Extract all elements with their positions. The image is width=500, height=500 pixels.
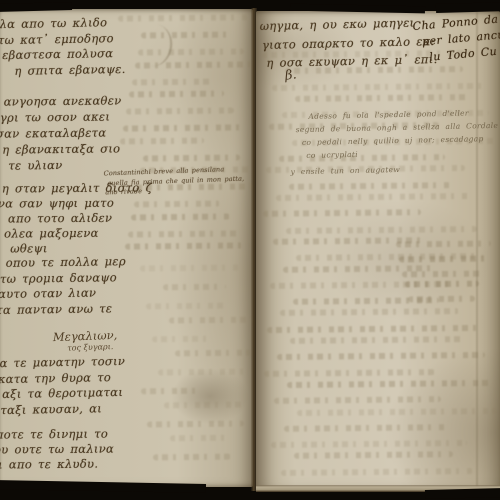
ink-showthrough-row: [294, 452, 453, 460]
greek-text-block-2: ανγοησα ανεκαθενγρι τω οσον ακεισαν εκατ…: [0, 92, 122, 173]
ink-showthrough-row: [287, 380, 491, 388]
faded-italian-note: Adesso fu ola l'spedale pond d'ellersegu…: [295, 106, 499, 178]
ink-showthrough-row: [143, 154, 240, 161]
ink-showthrough-row: [290, 336, 465, 344]
ink-showthrough-row: [267, 325, 479, 333]
greek-text-block-5: α τε μανατην τοσινκατα την θυρα τοαξι τα…: [0, 354, 126, 418]
left-page: λα απο τω κλιδοτω κατ᾽ εμποδησοεβαστεσα …: [0, 9, 253, 487]
manuscript-line: ολεα μαξομενα: [4, 225, 152, 241]
ink-showthrough-row: [264, 369, 435, 377]
greek-text-block-3: η σταν μεγαλιτ διστο ζνα σαν ψηφι ματοαπ…: [0, 180, 153, 256]
manuscript-line: να σαν ψηφι ματο: [0, 195, 152, 211]
ink-showthrough-row: [405, 281, 479, 288]
ink-showthrough-row: [163, 284, 226, 291]
manuscript-line: η σταν μεγαλιτ διστο ζ: [2, 180, 152, 196]
ink-showthrough-row: [123, 125, 244, 132]
ink-showthrough-row: [280, 308, 459, 316]
ink-showthrough-row: [408, 296, 475, 303]
manuscript-line: ου ουτε τω παλινα: [0, 442, 114, 458]
ink-showthrough-row: [289, 182, 451, 190]
manuscript-line: απο τοτο αλιδεν: [8, 210, 152, 226]
manuscript-line: η εβανακιταξα σιο: [2, 140, 122, 157]
manuscript-line: ταξι καυσαν, αι: [0, 400, 126, 418]
greek-text-block-6: ποτε τε δινημι τοου ουτε τω παλιναι απο …: [0, 427, 114, 473]
ink-showthrough-row: [276, 193, 471, 201]
ink-showthrough-row: [129, 91, 224, 98]
showthrough-curl-mark: [143, 23, 175, 69]
ink-showthrough-row: [297, 407, 497, 415]
photo-edge: [436, 2, 500, 13]
ink-showthrough-row: [140, 264, 240, 271]
ink-showthrough-row: [274, 396, 441, 404]
greek-text-continuation: ωηγμα, η ου εκω μαηγειγιατο οπαρκτο το κ…: [259, 13, 437, 73]
ink-showthrough-row: [402, 271, 483, 278]
ink-showthrough-row: [132, 78, 214, 85]
manuscript-line: αυτο οταν λιαν: [0, 285, 126, 302]
greek-text-block-1: λα απο τω κλιδοτω κατ᾽ εμποδησοεβαστεσα …: [0, 15, 126, 79]
manuscript-line: γρι τω οσον ακει: [0, 108, 122, 125]
ink-showthrough-row: [271, 440, 467, 448]
ink-showthrough-row: [147, 420, 244, 427]
manuscript-line: οπου τε πολλα μερ: [6, 254, 126, 271]
ink-showthrough-row: [120, 137, 204, 144]
manuscript-line: co ucryplati: [306, 145, 499, 162]
ink-showthrough-row: [158, 368, 253, 375]
manuscript-line: ποτε τε δινημι το: [0, 427, 114, 443]
ink-showthrough-row: [152, 336, 214, 343]
ink-showthrough-row: [286, 226, 477, 234]
ink-showthrough-row: [126, 108, 234, 115]
manuscript-line: ι απο τε κλυδυ.: [0, 457, 114, 473]
ink-showthrough-row: [263, 209, 421, 217]
ink-showthrough-row: [146, 303, 227, 310]
section-heading: Μεγαλιων, τος ξυγαρι.: [53, 328, 118, 353]
ink-showthrough-row: [169, 316, 253, 323]
ink-showthrough-row: [283, 265, 433, 273]
ink-showthrough-row: [153, 454, 231, 461]
right-page: ωηγμα, η ου εκω μαηγειγιατο οπαρκτο το κ…: [256, 11, 500, 490]
ink-showthrough-row: [281, 468, 473, 476]
ink-showthrough-row: [295, 94, 469, 102]
ink-showthrough-row: [272, 82, 483, 90]
photo-edge: [425, 488, 500, 499]
ink-showthrough-row: [273, 237, 427, 245]
manuscript-line: τα πανταν ανω τε: [0, 301, 127, 318]
ink-showthrough-row: [277, 352, 485, 360]
manuscript-line: y ensile tun on augatew: [290, 161, 499, 178]
manuscript-line: τω τρομια δαναψο: [0, 270, 126, 287]
manuscript-line: η σπιτα εβαναψε.: [14, 61, 125, 78]
ink-showthrough-row: [164, 402, 243, 409]
italian-corner-note: Cha Ponno daper lato anculu Todo Cu: [412, 11, 500, 67]
ink-showthrough-row: [118, 14, 248, 21]
manuscript-line: ανγοησα ανεκαθεν: [4, 92, 122, 109]
ink-showthrough-row: [175, 350, 253, 357]
ink-showthrough-row: [141, 388, 202, 395]
page-crease: [476, 11, 478, 490]
ink-showthrough-row: [293, 297, 439, 305]
ink-showthrough-row: [284, 424, 447, 432]
ink-showthrough-row: [270, 281, 453, 289]
manuscript-line: σαν εκαταλαβετα: [0, 124, 122, 141]
section-heading-line2: τος ξυγαρι.: [67, 342, 118, 353]
ink-showthrough-row: [170, 435, 230, 442]
greek-text-block-4: οπου τε πολλα μερτω τρομια δαναψοαυτο οτ…: [0, 254, 127, 318]
manuscript-photo: λα απο τω κλιδοτω κατ᾽ εμποδησοεβαστεσα …: [0, 0, 500, 500]
ink-showthrough-row: [399, 256, 487, 263]
ink-showthrough-row: [296, 253, 483, 261]
paragraph-mark: β.: [284, 67, 297, 83]
